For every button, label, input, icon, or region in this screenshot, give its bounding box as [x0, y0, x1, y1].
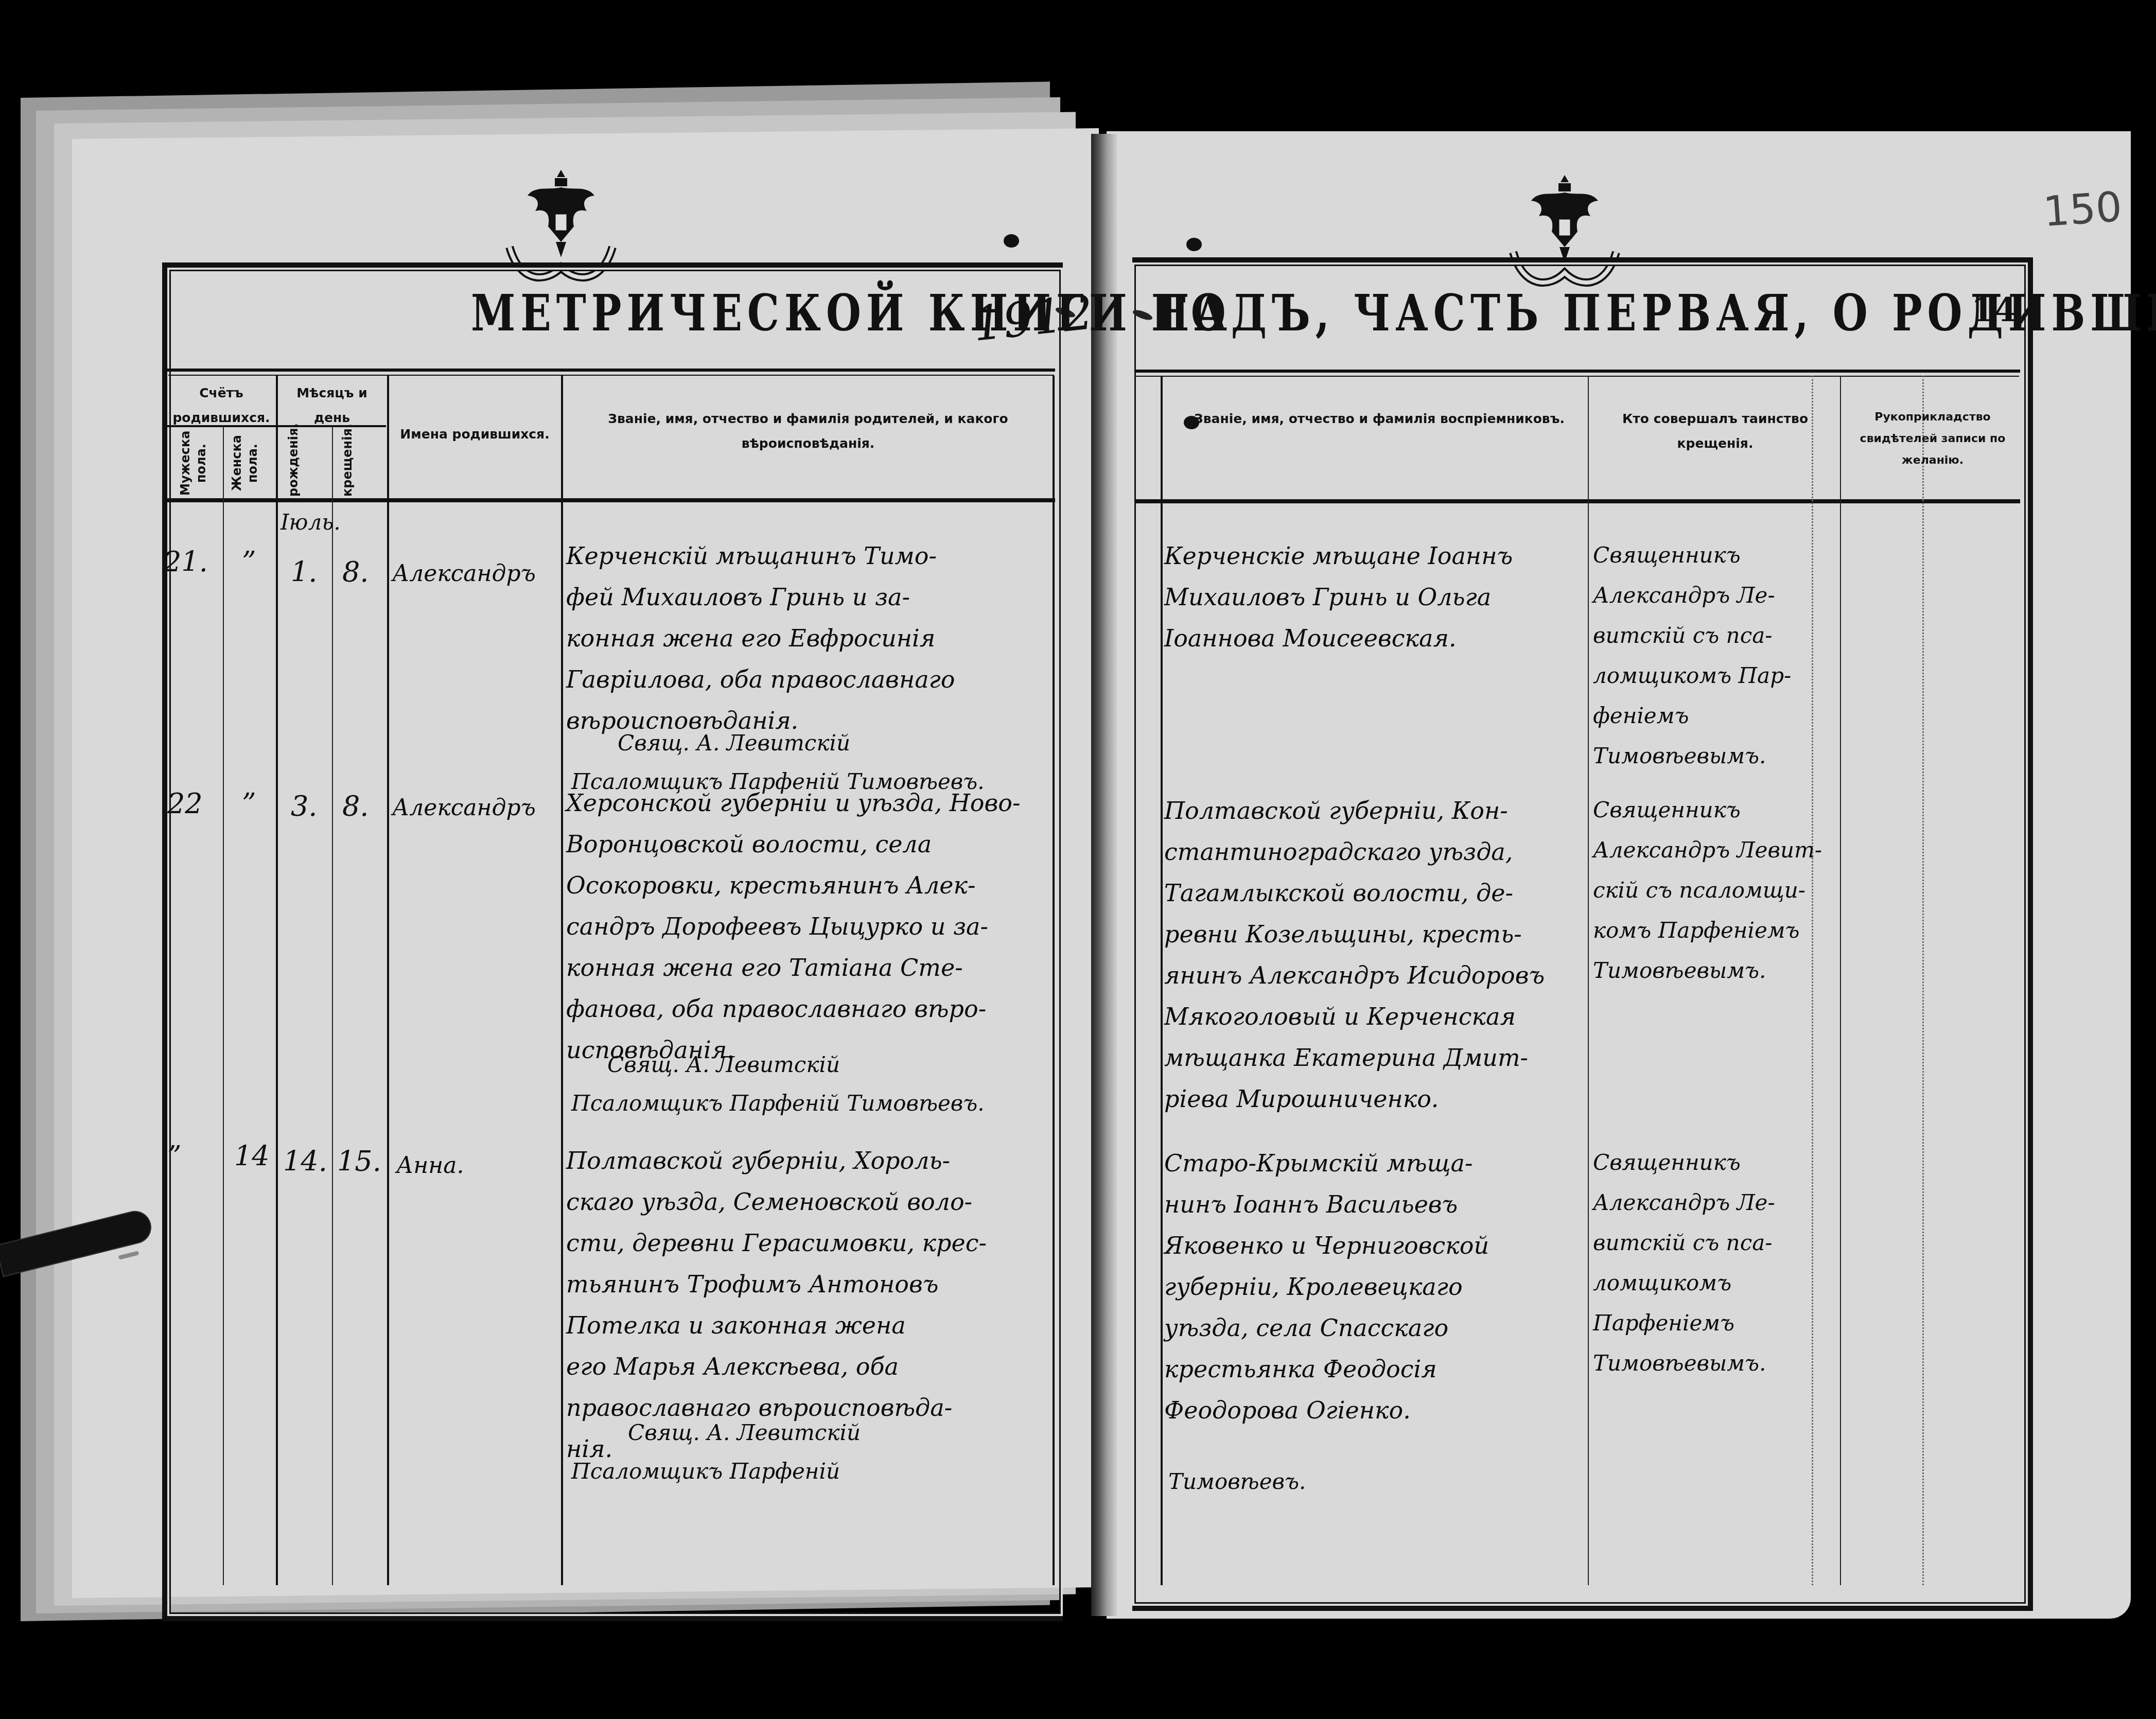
- entry-officiant: Священникъ Александръ Ле- витскій съ пса…: [1593, 1143, 1835, 1383]
- header-count-male: Мужеска пола.: [178, 430, 219, 497]
- header-top-rule: [167, 369, 1055, 372]
- entry-child-name: Александръ: [392, 787, 536, 829]
- entry-godparents: Керченскіе мѣщане Іоаннъ Михаиловъ Гринь…: [1164, 535, 1581, 659]
- header-witnesses: Рукоприкладство свидѣтелей записи по жел…: [1845, 407, 2020, 471]
- column-divider: [1053, 376, 1055, 1585]
- entry-birth-day: 3.: [291, 790, 318, 822]
- entry-month: Іюль.: [281, 510, 341, 535]
- entry-priest-signature: Свящ. А. Левитскій: [607, 1045, 840, 1085]
- column-divider: [387, 376, 389, 1585]
- column-divider: [332, 427, 333, 1585]
- binding-hole: [1004, 234, 1019, 248]
- entry-baptism-day: 8.: [342, 790, 369, 822]
- column-divider-dotted: [1922, 376, 1924, 1585]
- entry-birth-day: 14.: [283, 1145, 327, 1178]
- entry-male-number: ”: [167, 1140, 182, 1172]
- column-divider: [1161, 376, 1163, 1585]
- column-divider: [1840, 376, 1841, 1585]
- entry-male-number: 21.: [164, 546, 208, 578]
- header-parents: Званіе, имя, отчество и фамилія родителе…: [571, 407, 1045, 455]
- entry-priest-signature: Свящ. А. Левитскій: [628, 1413, 861, 1453]
- header-count-female: Женска пола.: [229, 430, 270, 497]
- binding-hole: [1186, 238, 1202, 251]
- pencil-folio-number: 150: [2042, 183, 2124, 236]
- entry-psalmist-signature: Псаломщикъ Парфеній: [571, 1451, 840, 1492]
- entry-psalmist-signature-continued: Тимовѣевъ.: [1168, 1462, 1306, 1502]
- header-date-baptism: крещенія.: [340, 430, 381, 497]
- column-divider: [276, 376, 278, 1585]
- entry-officiant: Священникъ Александръ Ле- витскій съ пса…: [1593, 535, 1835, 776]
- header-bottom-rule: [1135, 499, 2020, 503]
- entry-parents: Херсонской губерніи и уѣзда, Ново- Ворон…: [566, 782, 1050, 1071]
- book-gutter: [1091, 134, 1117, 1616]
- entry-baptism-day: 8.: [342, 556, 369, 588]
- column-divider: [223, 427, 224, 1585]
- header-count-group: Счётъ родившихся.: [167, 381, 275, 430]
- entry-female-number: ”: [242, 787, 256, 820]
- entry-priest-signature: Свящ. А. Левитскій: [618, 723, 850, 763]
- header-officiant: Кто совершалъ таинство крещенія.: [1596, 407, 1835, 455]
- entry-godparents: Старо-Крымскій мѣща- нинъ Іоаннъ Василье…: [1164, 1143, 1581, 1431]
- entry-baptism-day: 15.: [337, 1145, 381, 1178]
- entry-birth-day: 1.: [291, 556, 318, 588]
- column-divider: [561, 376, 563, 1585]
- entry-female-number: ”: [242, 546, 256, 578]
- header-bottom-rule: [167, 498, 1055, 502]
- header-names: Имена родившихся.: [391, 422, 558, 447]
- header-godparents: Званіе, имя, отчество и фамилія воспріем…: [1179, 407, 1580, 431]
- entry-child-name: Александръ: [392, 553, 536, 594]
- entry-officiant: Священникъ Александръ Левит- скій съ пса…: [1593, 790, 1835, 991]
- header-date-birth: рожденія.: [286, 430, 327, 497]
- entry-female-number: 14: [234, 1140, 270, 1172]
- entry-godparents: Полтавской губерніи, Кон- стантиноградск…: [1164, 790, 1581, 1119]
- entry-male-number: 22: [167, 787, 203, 820]
- entry-child-name: Анна.: [396, 1145, 464, 1186]
- entry-psalmist-signature: Псаломщикъ Парфеній Тимовѣевъ.: [571, 1083, 985, 1124]
- header-date-group: Мѣсяцъ и день: [278, 381, 386, 430]
- column-divider: [1588, 376, 1589, 1585]
- entry-parents: Керченскій мѣщанинъ Тимо- фей Михаиловъ …: [566, 535, 1050, 741]
- register-title-left: МЕТРИЧЕСКОЙ КНИГИ НА: [471, 284, 1232, 343]
- header-top-rule: [1135, 370, 2020, 373]
- printed-page-number: 14: [1971, 291, 2017, 329]
